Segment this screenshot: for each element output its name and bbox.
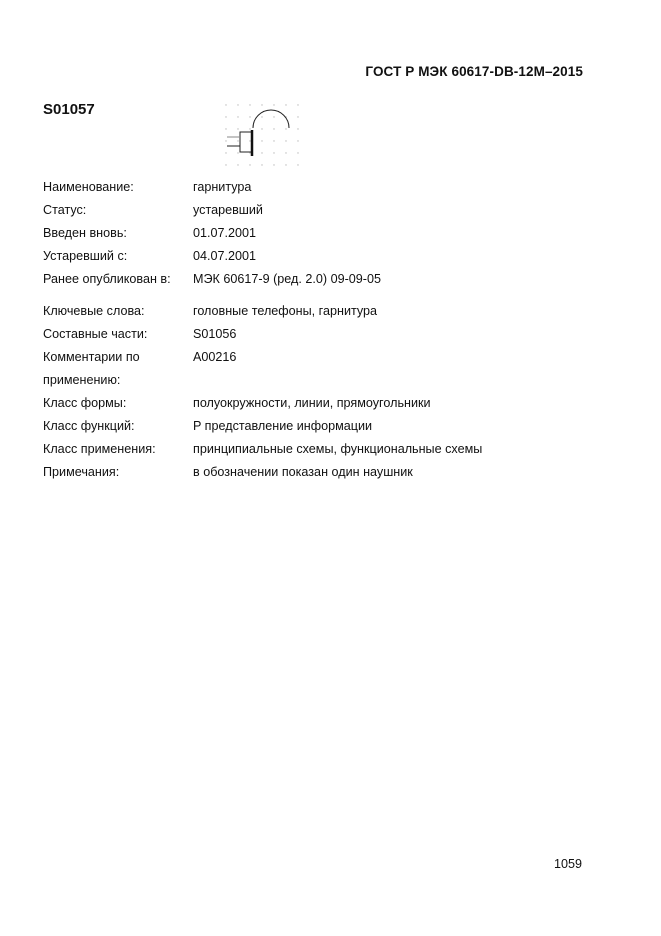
attribute-label: Ранее опубликован в: <box>43 272 193 295</box>
document-header: ГОСТ Р МЭК 60617-DB-12M–2015 <box>365 64 583 79</box>
attribute-label: Устаревший с: <box>43 249 193 272</box>
attribute-row: Комментарии поA00216 <box>43 350 482 373</box>
attribute-row: Наименование:гарнитура <box>43 180 482 203</box>
attribute-value: принципиальные схемы, функциональные схе… <box>193 442 482 465</box>
attribute-value: головные телефоны, гарнитура <box>193 304 482 327</box>
attribute-label: применению: <box>43 373 193 396</box>
attribute-label: Статус: <box>43 203 193 226</box>
attribute-value: в обозначении показан один наушник <box>193 465 482 488</box>
attribute-label: Комментарии по <box>43 350 193 373</box>
attribute-label: Наименование: <box>43 180 193 203</box>
attribute-value: устаревший <box>193 203 482 226</box>
symbol-code: S01057 <box>43 101 95 118</box>
attribute-value: P представление информации <box>193 419 482 442</box>
attribute-label: Составные части: <box>43 327 193 350</box>
attribute-value: 01.07.2001 <box>193 226 482 249</box>
page-number: 1059 <box>554 857 582 871</box>
attribute-label: Класс формы: <box>43 396 193 419</box>
attribute-row: Класс функций:P представление информации <box>43 419 482 442</box>
attribute-value: S01056 <box>193 327 482 350</box>
attribute-value: МЭК 60617-9 (ред. 2.0) 09-09-05 <box>193 272 482 295</box>
attribute-row: Устаревший с:04.07.2001 <box>43 249 482 272</box>
attribute-value <box>193 373 482 396</box>
attribute-row: Введен вновь:01.07.2001 <box>43 226 482 249</box>
attribute-value: 04.07.2001 <box>193 249 482 272</box>
headset-symbol-icon <box>222 101 302 167</box>
attribute-label: Ключевые слова: <box>43 304 193 327</box>
attribute-row: Примечания:в обозначении показан один на… <box>43 465 482 488</box>
attribute-row: Ключевые слова:головные телефоны, гарнит… <box>43 304 482 327</box>
attribute-row: Статус:устаревший <box>43 203 482 226</box>
attributes-table: Наименование:гарнитураСтатус:устаревшийВ… <box>43 180 482 488</box>
attribute-value: гарнитура <box>193 180 482 203</box>
attribute-row: Составные части:S01056 <box>43 327 482 350</box>
attribute-label: Класс функций: <box>43 419 193 442</box>
attribute-label: Класс применения: <box>43 442 193 465</box>
attribute-label: Примечания: <box>43 465 193 488</box>
attribute-value: A00216 <box>193 350 482 373</box>
attribute-row: применению: <box>43 373 482 396</box>
attribute-row: Класс формы:полуокружности, линии, прямо… <box>43 396 482 419</box>
attribute-row: Класс применения:принципиальные схемы, ф… <box>43 442 482 465</box>
attribute-row: Ранее опубликован в:МЭК 60617-9 (ред. 2.… <box>43 272 482 295</box>
attribute-label: Введен вновь: <box>43 226 193 249</box>
attribute-value: полуокружности, линии, прямоугольники <box>193 396 482 419</box>
